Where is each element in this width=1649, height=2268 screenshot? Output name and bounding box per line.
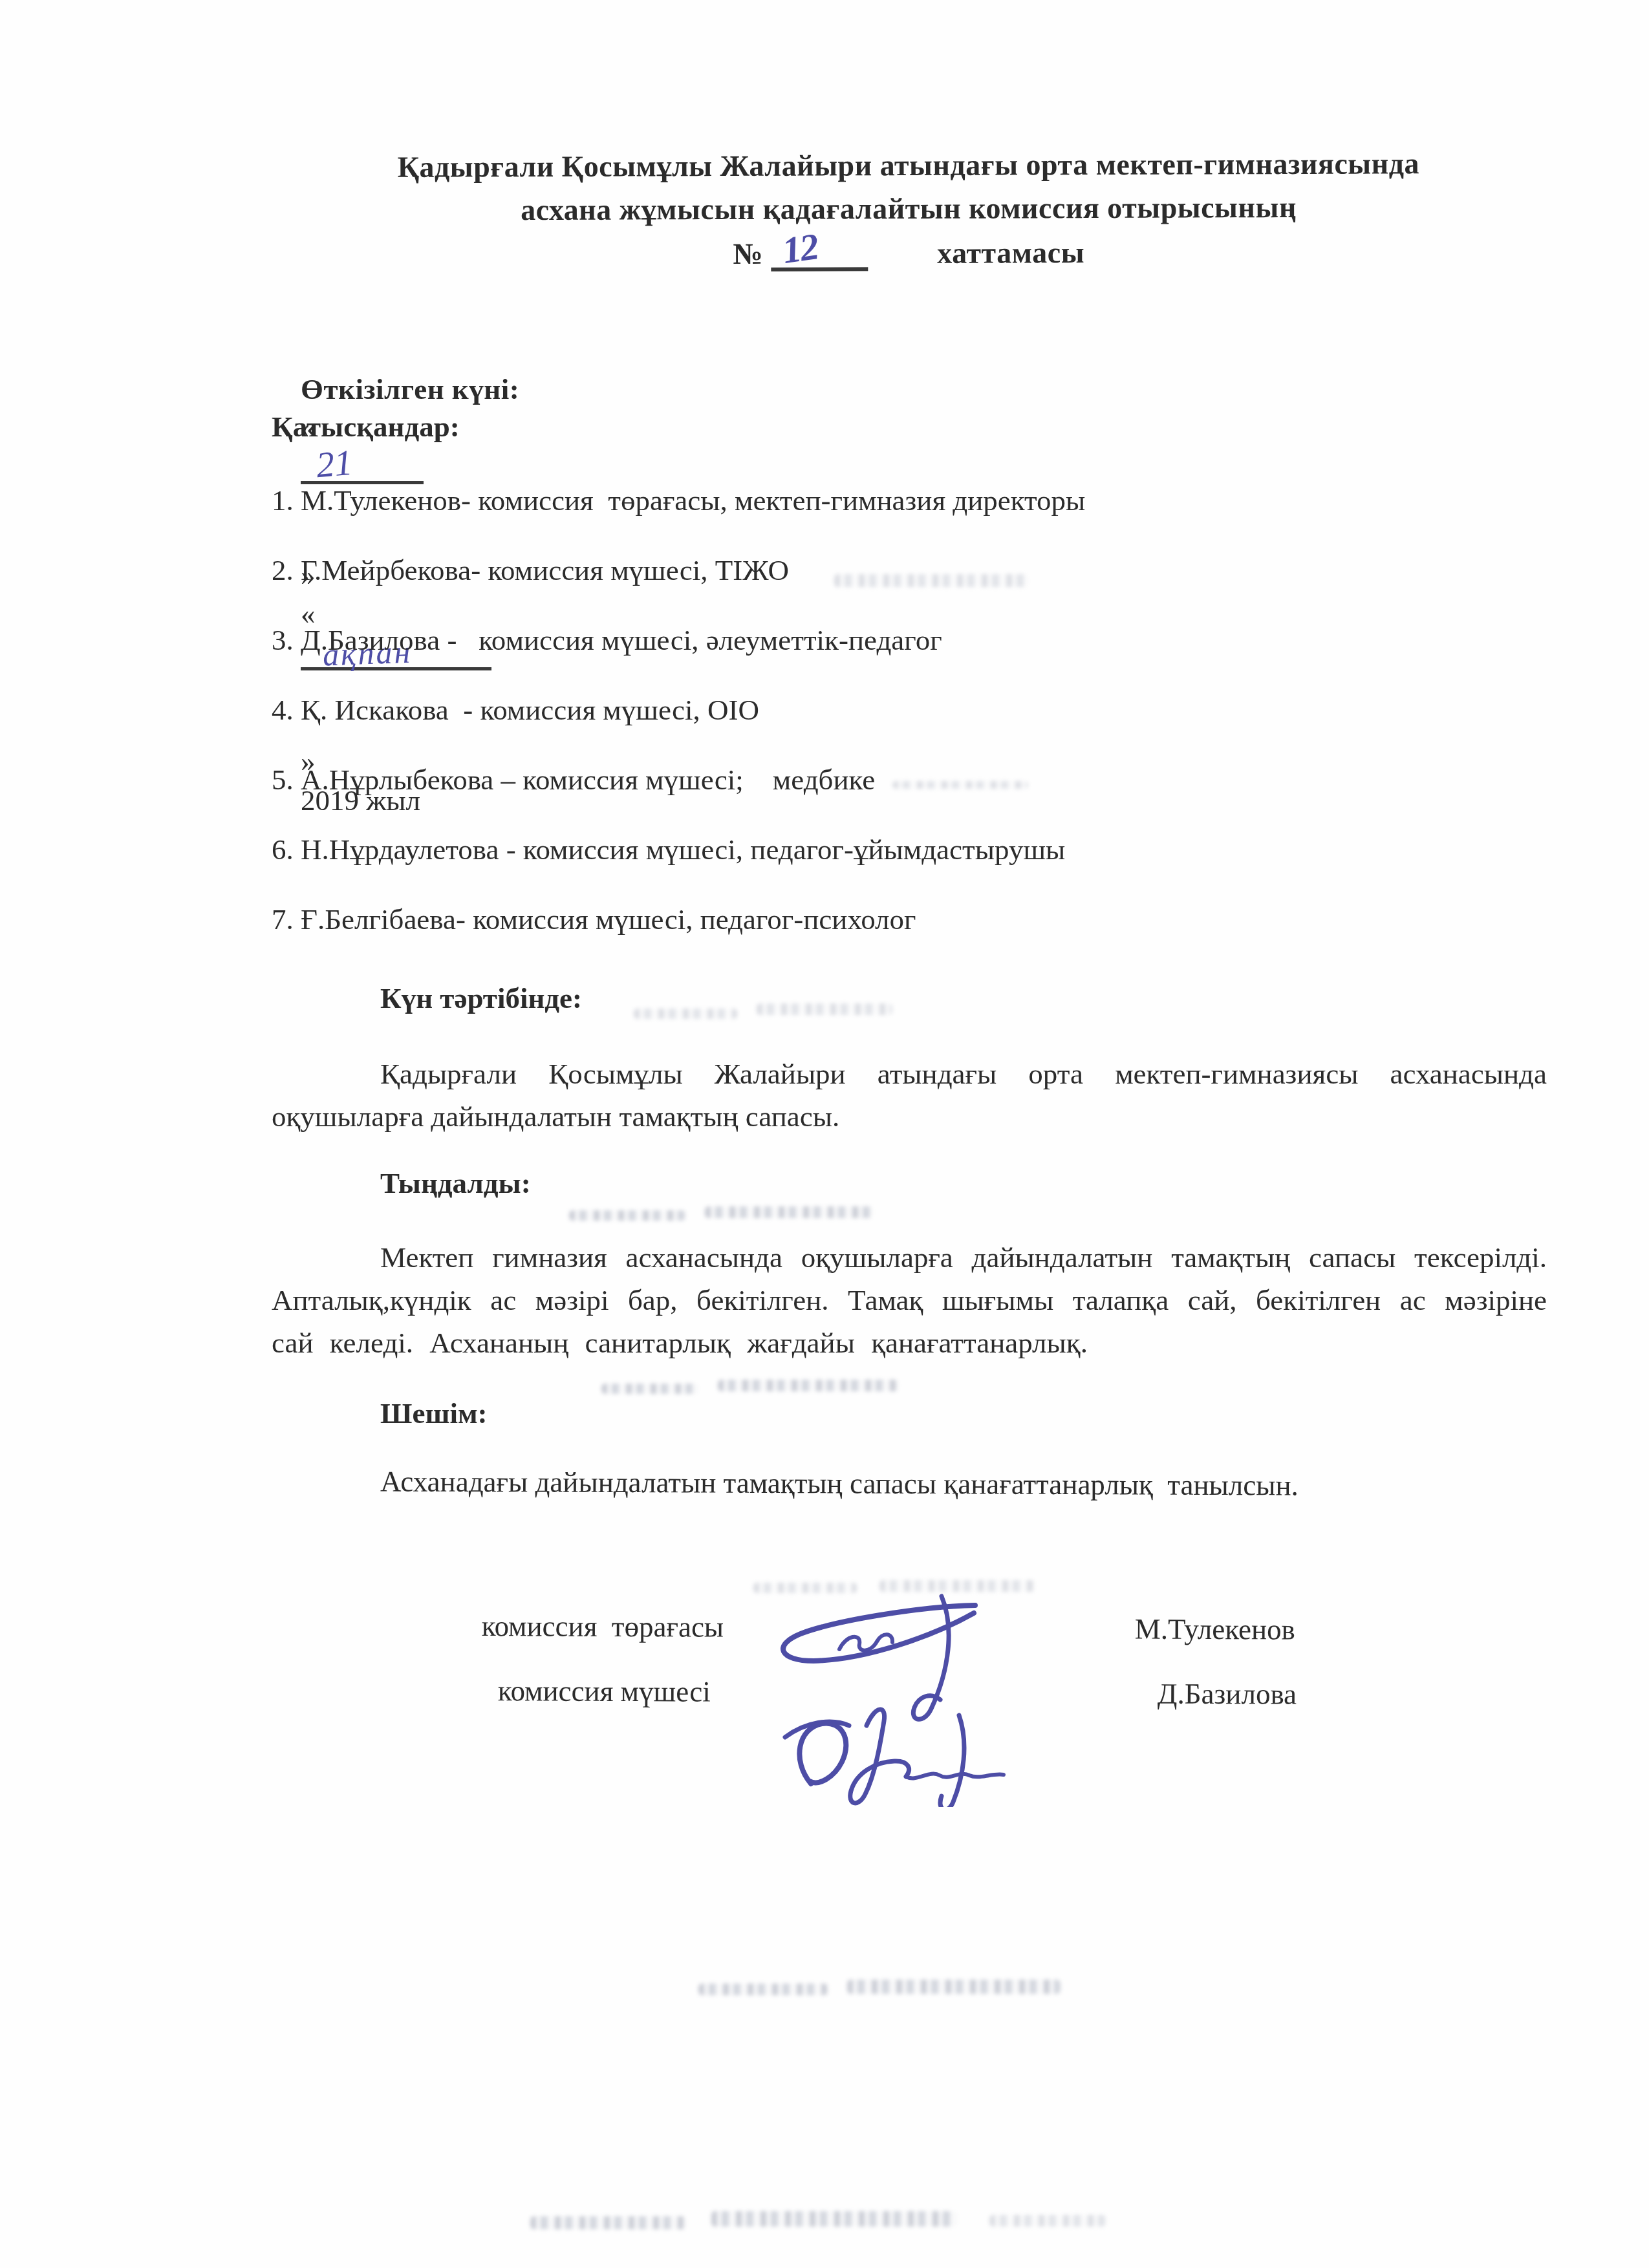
participants-list: 1. М.Тулекенов- комиссия төрағасы, мекте… (272, 484, 1565, 972)
decision-paragraph: Асханадағы дайындалатын тамақтың сапасы … (272, 1460, 1547, 1508)
member-signature-ink (850, 1709, 909, 1803)
signature-name: М.Тулекенов (1135, 1612, 1295, 1647)
title-line-2: асхана жұмысын қадағалайтын комиссия оты… (272, 185, 1546, 233)
document-title: Қадырғали Қосымұлы Жалайыри атындағы орт… (272, 142, 1546, 277)
signature-role: комиссия мүшесі (498, 1674, 711, 1708)
participant-item: 6. Н.Нұрдаулетова - комиссия мүшесі, пед… (272, 833, 1565, 903)
scan-artifact (569, 1210, 685, 1221)
chairman-signature-ink (913, 1596, 949, 1719)
protocol-number-blank: 12 (771, 233, 868, 272)
scan-artifact (757, 1003, 892, 1015)
participant-item: 4. Қ. Искакова - комиссия мүшесі, ОІО (272, 693, 1565, 763)
participants-heading: Қатысқандар: (272, 409, 1546, 445)
date-label: Өткізілген күні: (301, 373, 519, 405)
handwritten-day: 21 (314, 444, 354, 486)
participant-item: 1. М.Тулекенов- комиссия төрағасы, мекте… (272, 484, 1565, 553)
protocol-number-label: № (733, 237, 763, 270)
scan-artifact (753, 1583, 857, 1593)
member-signature-ink (799, 1723, 846, 1784)
scan-artifact (989, 2215, 1106, 2227)
scan-artifact (847, 1980, 1061, 1994)
heard-paragraph: Мектеп гимназия асханасында оқушыларға д… (272, 1236, 1547, 1364)
signature-name: Д.Базилова (1158, 1677, 1297, 1711)
member-signature-ink (940, 1715, 964, 1807)
scan-artifact (711, 2211, 957, 2227)
handwritten-protocol-number: 12 (780, 224, 821, 272)
scan-artifact (698, 1984, 828, 1995)
member-signature-ink (906, 1774, 1004, 1779)
scan-artifact (892, 781, 1028, 789)
handwritten-signatures (744, 1587, 1080, 1807)
scan-artifact (601, 1384, 698, 1394)
participant-item: 3. Д.Базилова - комиссия мүшесі, әлеумет… (272, 623, 1565, 693)
agenda-heading: Күн тәртібінде: (272, 980, 1546, 1016)
title-line-1: Қадырғали Қосымұлы Жалайыри атындағы орт… (272, 142, 1546, 189)
title-line-3: № 12 хаттамасы (272, 230, 1546, 277)
agenda-paragraph: Қадырғали Қосымұлы Жалайыри атындағы орт… (272, 1053, 1547, 1138)
scan-artifact (879, 1580, 1035, 1592)
participant-item: 5. А.Нұрлыбекова – комиссия мүшесі; медб… (272, 763, 1565, 833)
heard-heading: Тыңдалды: (272, 1165, 1546, 1201)
participant-item: 2. Г.Мейрбекова- комиссия мүшесі, ТІЖО (272, 553, 1565, 623)
protocol-word: хаттамасы (937, 236, 1084, 270)
signature-role: комиссия төрағасы (482, 1609, 724, 1644)
scan-artifact (634, 1009, 737, 1019)
scan-artifact (718, 1380, 899, 1391)
scan-artifact (530, 2216, 685, 2229)
scan-artifact (834, 574, 1028, 587)
scanned-protocol-page: Қадырғали Қосымұлы Жалайыри атындағы орт… (0, 0, 1649, 2268)
date-day-blank: 21 (301, 447, 424, 484)
decision-heading: Шешім: (272, 1395, 1546, 1431)
scan-artifact (705, 1206, 873, 1218)
participant-item: 7. Ғ.Белгібаева- комиссия мүшесі, педаго… (272, 903, 1565, 972)
